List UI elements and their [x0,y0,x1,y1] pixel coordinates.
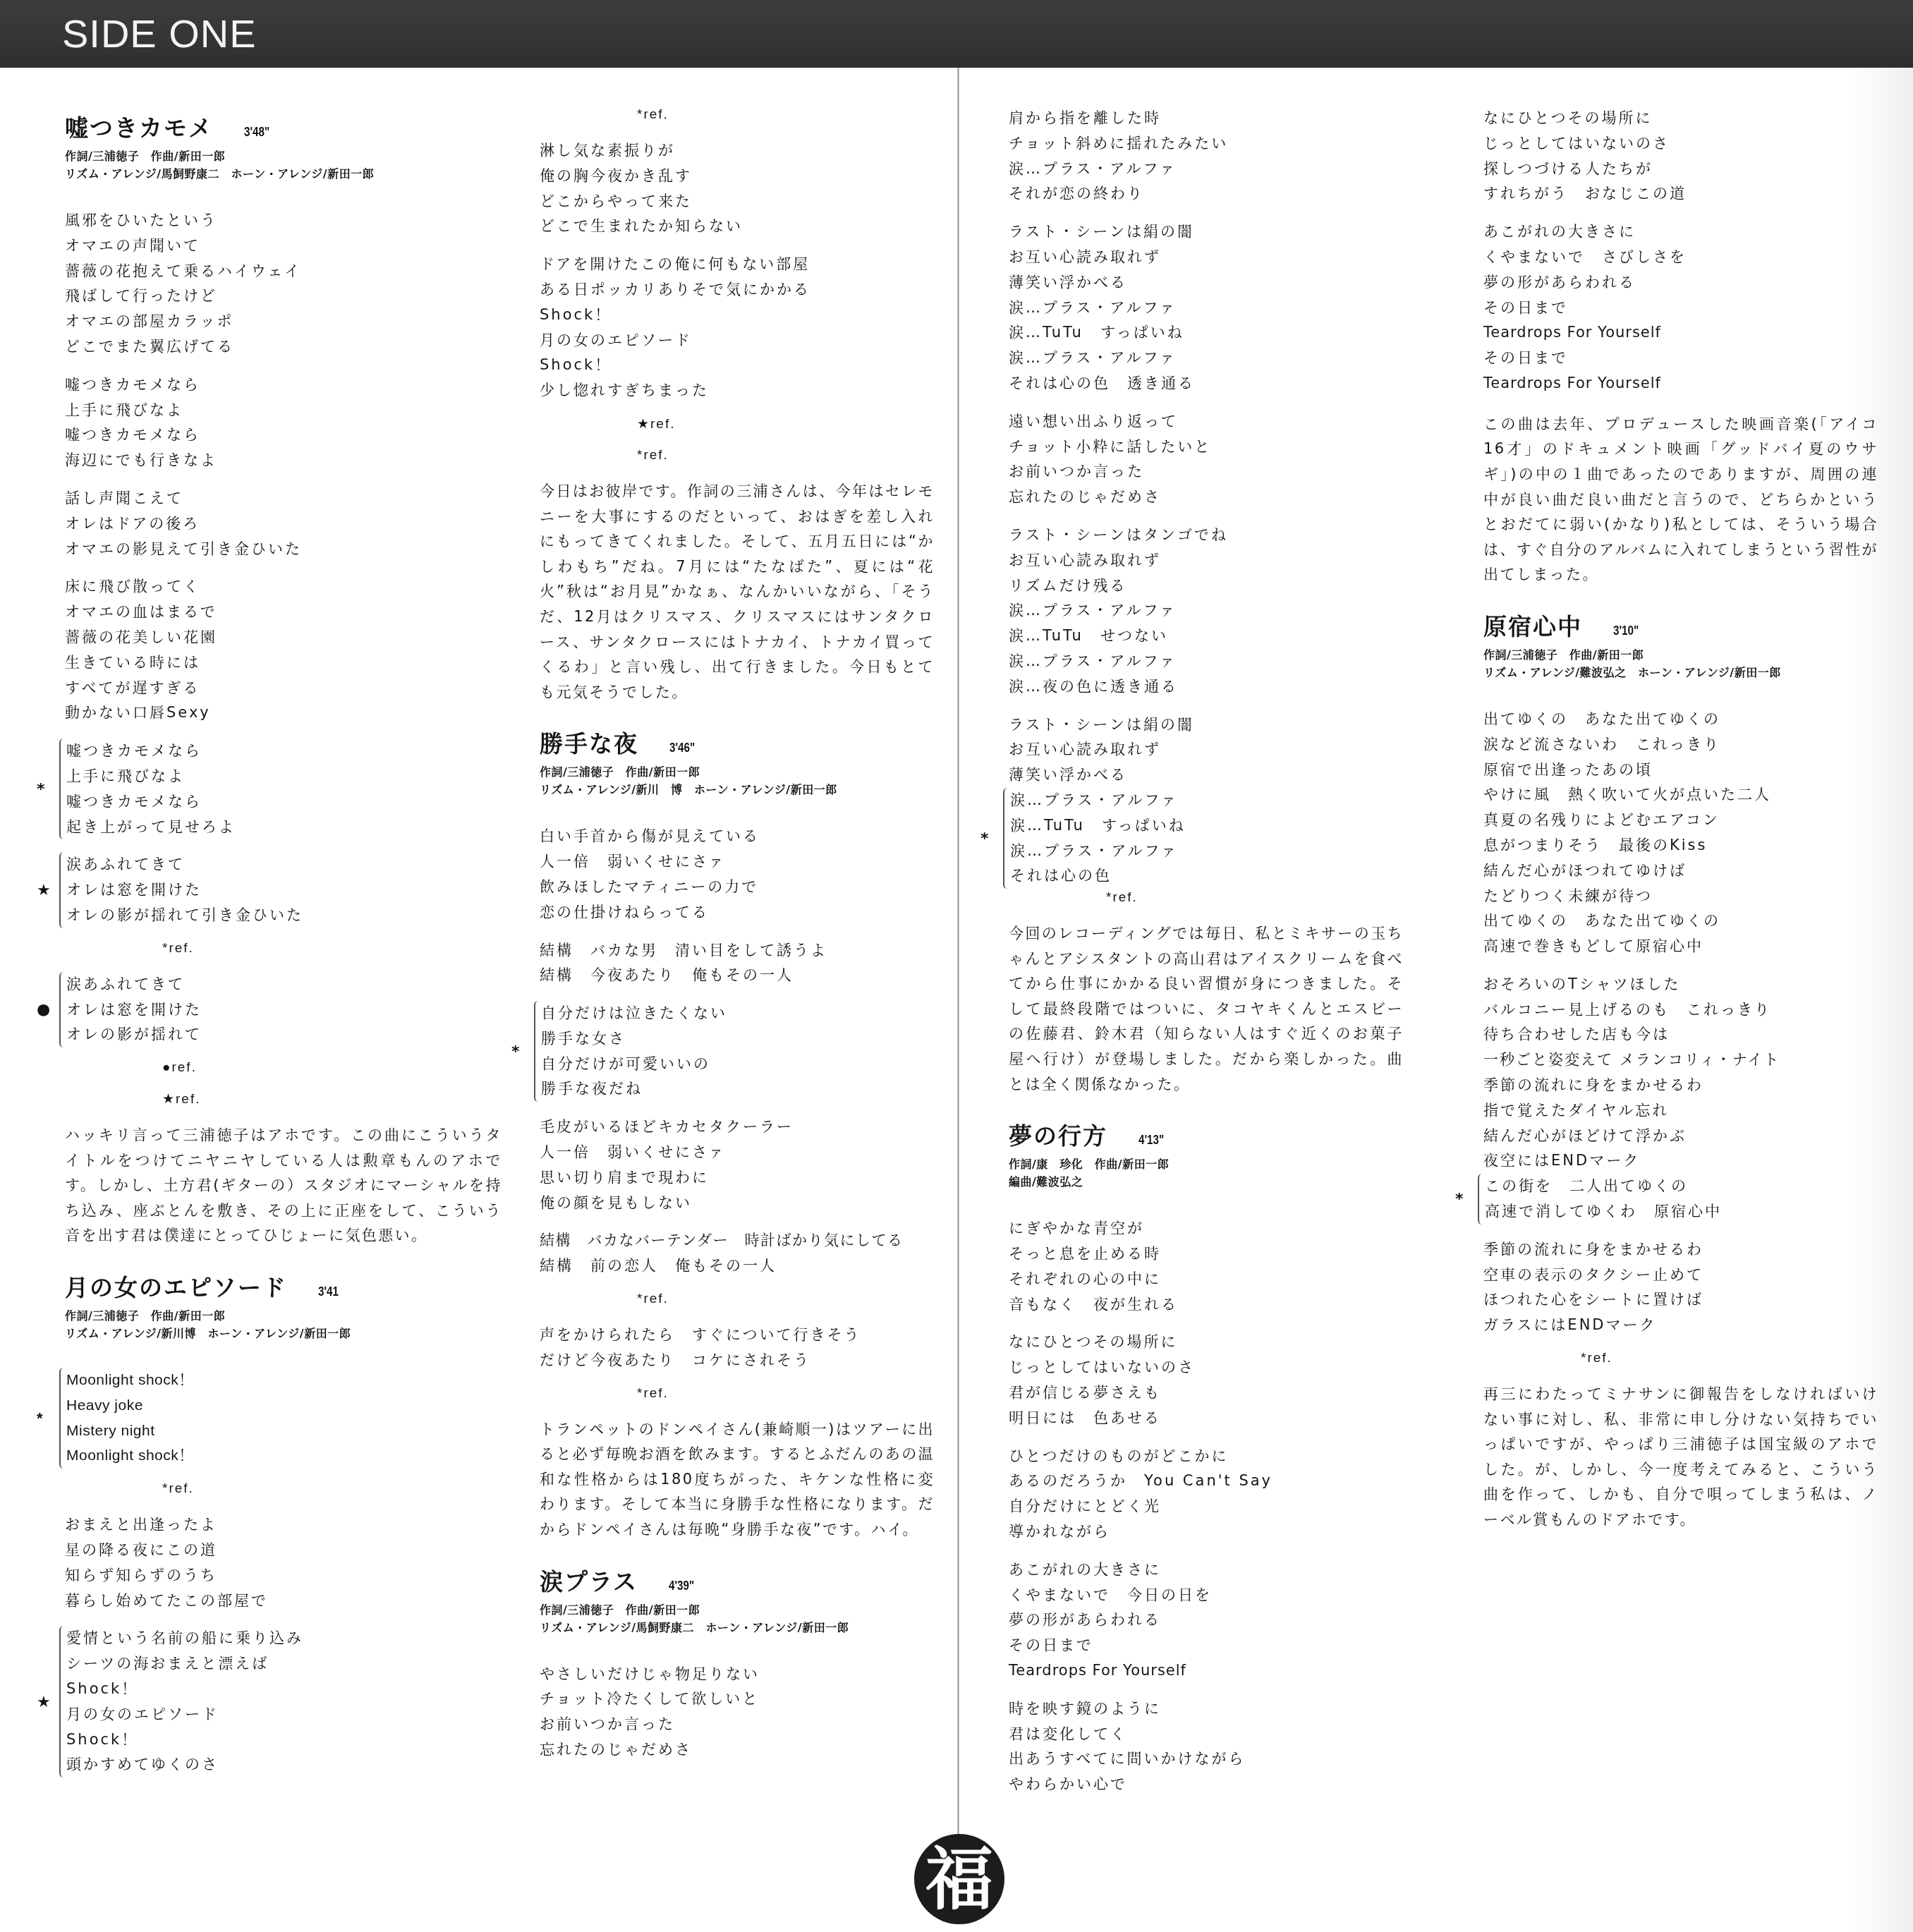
refrain-reference: *ref. [1581,1351,1878,1366]
song-title: 月の女のエピソード [65,1270,287,1303]
song-duration: 3'10" [1613,624,1639,639]
lyric-stanza: 出てゆくの あなた出てゆくの 涙など流さないわ これっきり 原宿で出逢ったあの頃… [1483,707,1878,959]
fuku-emblem-icon: 福 [914,1834,1004,1924]
song-credits: 作詞/三浦徳子 作曲/新田一郎 リズム・アレンジ/難波弘之 ホーン・アレンジ/新… [1483,646,1878,681]
lyric-stanza: 床に飛び散ってく オマエの血はまるで 薔薇の花美しい花園 生きている時には すべ… [65,574,502,726]
refrain-reference: *ref. [637,1386,935,1402]
song-credits: 作詞/三浦徳子 作曲/新田一郎 リズム・アレンジ/馬飼野康二 ホーン・アレンジ/… [65,147,502,183]
song-title: 涙プラス [540,1564,638,1597]
refrain-stanza-asterisk: * 嘘つきカモメなら 上手に飛びなよ 嘘つきカモメなら 起き上がって見せろよ [59,739,502,839]
liner-note: ハッキリ言って三浦徳子はアホです。この曲にこういうタイトルをつけてニヤニヤしてい… [65,1123,502,1248]
song-title: 夢の行方 [1009,1118,1107,1151]
lyric-stanza: 風邪をひいたという オマエの声聞いて 薔薇の花抱えて乗るハイウェイ 飛ばして行っ… [65,208,502,360]
refrain-reference: *ref. [637,1292,935,1307]
lyric-stanza: にぎやかな青空が そっと息を止める時 それぞれの心の中に 音もなく 夜が生れる [1009,1216,1404,1317]
lyric-stanza: 話し声聞こえて オレはドアの後ろ オマエの影見えて引き金ひいた [65,486,502,561]
song-credits: 作詞/康 珍化 作曲/新田一郎 編曲/難波弘之 [1009,1155,1404,1191]
lyric-stanza: 季節の流れに身をまかせるわ 空車の表示のタクシー止めて ほつれた心をシートに置け… [1483,1237,1878,1338]
refrain-mark: ★ [37,882,51,899]
refrain-stanza-star: ★ 涙あふれてきて オレは窓を開けた オレの影が揺れて引き金ひいた [59,852,502,928]
liner-note: 今日はお彼岸です。作詞の三浦さんは、今年はセレモニーを大事にするのだといって、お… [540,479,935,705]
lyric-stanza: やさしいだけじゃ物足りない チョット冷たくして欲しいと お前いつか言った 忘れた… [540,1662,935,1763]
song-duration: 3'46" [669,741,695,756]
lyric-stanza: 嘘つきカモメなら 上手に飛びなよ 嘘つきカモメなら 海辺にでも行きなよ [65,372,502,473]
song-duration: 4'39" [669,1579,694,1594]
song-title: 原宿心中 [1483,609,1582,642]
refrain-reference: ★ref. [162,1091,502,1107]
lyric-stanza: ラスト・シーンは絹の闇 お互い心読み取れず 薄笑い浮かべる [1009,712,1404,788]
lyric-stanza: ひとつだけのものがどこかに あるのだろうか You Can't Say 自分だけ… [1009,1444,1404,1545]
refrain-reference: *ref. [637,107,935,123]
refrain-reference: ●ref. [162,1060,502,1076]
song-credits: 作詞/三浦徳子 作曲/新田一郎 リズム・アレンジ/新川 博 ホーン・アレンジ/新… [540,763,935,798]
refrain-stanza-dot: ● 涙あふれてきて オレは窓を開けた オレの影が揺れて [59,972,502,1047]
liner-note: この曲は去年、プロデュースした映画音楽(「アイコ16才」のドキュメント映画「グッ… [1483,412,1878,588]
song-yume-no-yukue: 夢の行方 4'13" 作詞/康 珍化 作曲/新田一郎 編曲/難波弘之 にぎやかな… [1009,1118,1404,1797]
lyric-stanza: ラスト・シーンはタンゴでね お互い心読み取れず リズムだけ残る 涙…プラス・アル… [1009,523,1404,700]
column-2: *ref. 淋し気な素振りが 俺の胸今夜かき乱す どこからやって来た どこで生ま… [540,106,935,1775]
column-1: 嘘つきカモメ 3'48" 作詞/三浦徳子 作曲/新田一郎 リズム・アレンジ/馬飼… [65,106,502,1790]
header-bar: SIDE ONE [0,0,1913,68]
refrain-stanza-asterisk: * この街を 二人出てゆくの 高速で消してゆくわ 原宿心中 [1478,1174,1878,1225]
lyric-stanza: 白い手首から傷が見えている 人一倍 弱いくせにさァ 飲みほしたマティニーの力で … [540,824,935,925]
lyric-stanza: なにひとつその場所に じっとしてはいないのさ 探しつづける人たちが すれちがう … [1483,106,1878,207]
lyric-stanza: 遠い想い出ふり返って チョット小粋に話したいと お前いつか言った 忘れたのじゃだ… [1009,409,1404,510]
song-harajuku-shinju: 原宿心中 3'10" 作詞/三浦徳子 作曲/新田一郎 リズム・アレンジ/難波弘之… [1483,609,1878,1533]
liner-note: トランペットのドンペイさん(兼崎順一)はツアーに出ると必ず毎晩お酒を飲みます。す… [540,1417,935,1543]
song-credits: 作詞/三浦徳子 作曲/新田一郎 リズム・アレンジ/馬飼野康二 ホーン・アレンジ/… [540,1601,935,1636]
refrain-stanza-asterisk: * Moonlight shock！ Heavy joke Mistery ni… [59,1368,502,1469]
refrain-mark: * [37,1409,43,1428]
song-credits: 作詞/三浦徳子 作曲/新田一郎 リズム・アレンジ/新川博 ホーン・アレンジ/新田… [65,1307,502,1342]
refrain-mark: * [511,1043,520,1060]
refrain-mark: ● [37,1001,50,1019]
song-title: 勝手な夜 [540,726,638,759]
liner-note: 再三にわたってミナサンに御報告をしなければいけない事に対し、私、非常に申し分けな… [1483,1382,1878,1533]
lyric-stanza: 毛皮がいるほどキカセタクーラー 人一倍 弱いくせにさァ 思い切り肩まで現わに 俺… [540,1114,935,1215]
liner-note: 今回のレコーディングでは毎日、私とミキサーの玉ちゃんとアシスタントの高山君はアイ… [1009,921,1404,1097]
refrain-mark: * [1455,1191,1464,1208]
lyric-stanza: 声をかけられたら すぐについて行きそう だけど今夜あたり コケにされそう [540,1323,935,1373]
lyric-stanza: 時を映す鏡のように 君は変化してく 出あうすべてに問いかけながら やわらかい心で [1009,1696,1404,1797]
refrain-mark: * [980,830,989,847]
song-duration: 4'13" [1138,1133,1164,1148]
side-title: SIDE ONE [62,6,257,62]
lyric-stanza: 淋し気な素振りが 俺の胸今夜かき乱す どこからやって来た どこで生まれたか知らな… [540,138,935,239]
song-namida-plus: 涙プラス 4'39" 作詞/三浦徳子 作曲/新田一郎 リズム・アレンジ/馬飼野康… [540,1564,935,1763]
fuku-glyph: 福 [925,1845,993,1913]
lyric-stanza: なにひとつその場所に じっとしてはいないのさ 君が信じる夢さえも 明日には 色あ… [1009,1330,1404,1430]
lyric-stanza: 肩から指を離した時 チョット斜めに揺れたみたい 涙…プラス・アルファ それが恋の… [1009,106,1404,207]
refrain-reference: *ref. [637,448,935,463]
column-3: 肩から指を離した時 チョット斜めに揺れたみたい 涙…プラス・アルファ それが恋の… [1009,106,1404,1810]
lyric-stanza: ドアを開けたこの俺に何もない部屋 ある日ポッカリありそで気にかかる Shock！… [540,252,935,403]
song-tsuki-no-onna: 月の女のエピソード 3'41 作詞/三浦徳子 作曲/新田一郎 リズム・アレンジ/… [65,1270,502,1778]
refrain-stanza-star: ★ 愛情という名前の船に乗り込み シーツの海おまえと漂えば Shock！ 月の女… [59,1626,502,1778]
refrain-stanza-asterisk: * 涙…プラス・アルファ 涙…TuTu すっぱいね 涙…プラス・アルファ それは… [1003,788,1404,889]
refrain-reference: *ref. [162,1481,502,1497]
lyric-stanza: おまえと出逢ったよ 星の降る夜にこの道 知らず知らずのうち 暮らし始めてたこの部… [65,1512,502,1613]
refrain-reference: *ref. [162,941,502,956]
song-title: 嘘つきカモメ [65,110,213,143]
lyric-stanza: あこがれの大きさに くやまないで さびしさを 夢の形があらわれる その日まで T… [1483,219,1878,396]
page-fold-divider [957,68,959,1866]
lyric-stanza: ラスト・シーンは絹の闇 お互い心読み取れず 薄笑い浮かべる 涙…プラス・アルファ… [1009,219,1404,396]
refrain-mark: * [37,780,45,798]
lyric-stanza: 結構 バカなバーテンダー 時計ばかり気にしてる 結構 前の恋人 俺もその一人 [540,1228,935,1279]
refrain-reference: *ref. [1106,890,1404,906]
column-4: なにひとつその場所に じっとしてはいないのさ 探しつづける人たちが すれちがう … [1483,106,1878,1554]
lyric-stanza: おそろいのTシャツほした バルコニー見上げるのも これっきり 待ち合わせした店も… [1483,972,1878,1174]
song-katte-na-yoru: 勝手な夜 3'46" 作詞/三浦徳子 作曲/新田一郎 リズム・アレンジ/新川 博… [540,726,935,1542]
refrain-mark: ★ [37,1693,51,1711]
refrain-stanza-asterisk: * 自分だけは泣きたくない 勝手な女さ 自分だけが可愛いいの 勝手な夜だね [534,1001,935,1102]
song-usotsuki-kamome: 嘘つきカモメ 3'48" 作詞/三浦徳子 作曲/新田一郎 リズム・アレンジ/馬飼… [65,110,502,1248]
lyric-stanza: あこがれの大きさに くやまないで 今日の日を 夢の形があらわれる その日まで T… [1009,1557,1404,1684]
song-duration: 3'48" [244,125,269,140]
song-duration: 3'41 [318,1284,339,1300]
refrain-reference: ★ref. [637,416,935,432]
lyric-stanza: 結構 バカな男 清い目をして誘うよ 結構 今夜あたり 俺もその一人 [540,938,935,989]
